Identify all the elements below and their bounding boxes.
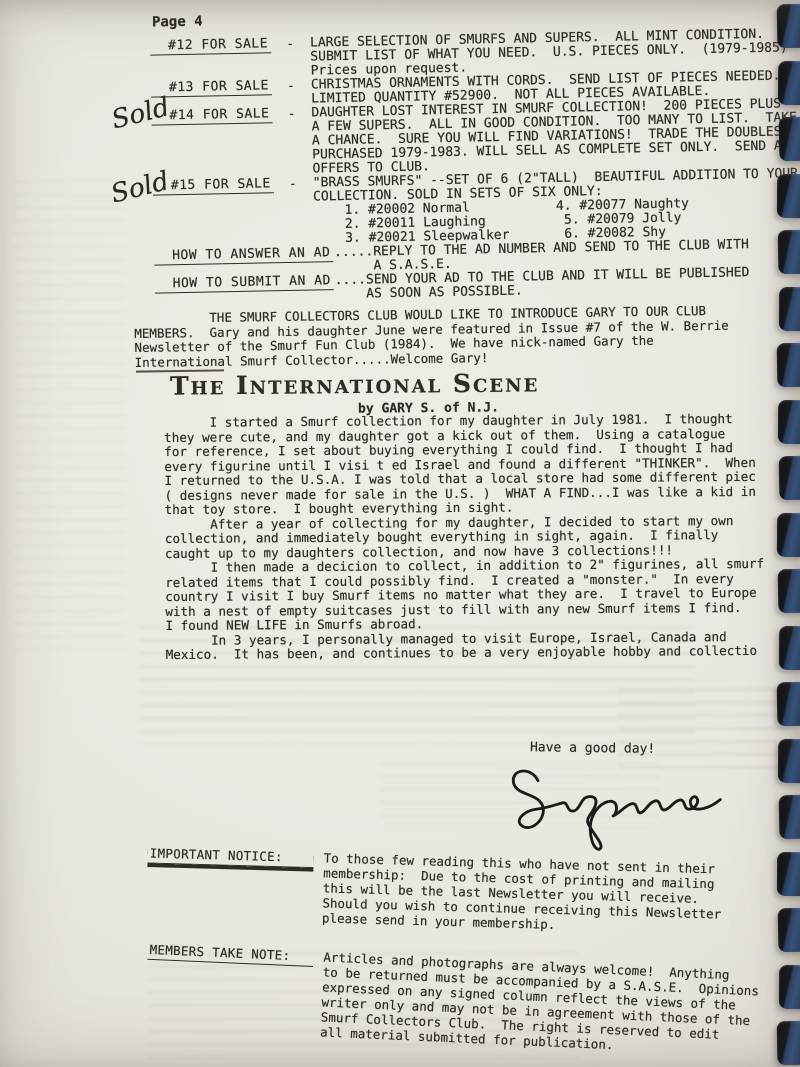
binding-tab — [777, 343, 800, 387]
article-paragraph: I started a Smurf collection for my daug… — [164, 412, 764, 518]
classified-ads-section: #12 FOR SALE - LARGE SELECTION OF SMURFS… — [130, 27, 800, 306]
notice-label: IMPORTANT NOTICE: — [147, 846, 313, 869]
signature-suzanne — [496, 751, 779, 856]
article-title: The International Scene — [170, 368, 539, 400]
howto-text: ....SEND YOUR AD TO THE CLUB AND IT WILL… — [335, 266, 750, 302]
notice-text: Articles and photographs are always welc… — [320, 949, 760, 1058]
closing-line: Have a good day! — [530, 740, 655, 757]
scanned-newsletter-page: Page 4 #12 FOR SALE - LARGE SELECTION OF… — [0, 0, 800, 1067]
page-number: Page 4 — [152, 14, 203, 31]
article-body: I started a Smurf collection for my daug… — [164, 412, 765, 663]
ad-label: #12 FOR SALE — [150, 37, 271, 55]
howto-label: HOW TO SUBMIT AN AD — [155, 274, 334, 293]
binding-tab — [778, 399, 800, 443]
notice-label: MEMBERS TAKE NOTE: — [147, 942, 314, 967]
sold-annotation: Sold — [109, 94, 172, 133]
article-paragraph: In 3 years, I personally managed to visi… — [166, 629, 765, 662]
club-intro-paragraph: THE SMURF COLLECTORS CLUB WOULD LIKE TO … — [134, 304, 729, 370]
ad-text: DAUGHTER LOST INTEREST IN SMURF COLLECTI… — [311, 97, 798, 176]
important-notice: IMPORTANT NOTICE: To those few reading t… — [128, 845, 723, 937]
members-take-note: MEMBERS TAKE NOTE: Articles and photogra… — [126, 941, 760, 1058]
ad-separator: - — [286, 38, 294, 52]
ad-separator: - — [289, 178, 297, 192]
sold-annotation: Sold — [109, 168, 172, 207]
binding-tab — [777, 1021, 800, 1065]
binding-tab — [777, 512, 800, 556]
ad-separator: - — [287, 80, 295, 94]
binding-tab — [778, 908, 800, 952]
binding-tab — [777, 682, 800, 726]
bleedthrough-smudge — [14, 180, 126, 650]
binding-tab — [779, 964, 800, 1008]
notice-text: To those few reading this who have not s… — [322, 850, 723, 936]
binding-tab — [778, 569, 800, 613]
howto-label: HOW TO ANSWER AN AD — [154, 246, 333, 265]
binding-tab — [778, 738, 800, 782]
binding-tab — [777, 851, 800, 895]
ad-separator: - — [288, 108, 296, 122]
ad-label: #13 FOR SALE — [151, 79, 272, 97]
ad-text: "BRASS SMURFS" --SET OF 6 (2"TALL) BEAUT… — [313, 167, 800, 246]
article-paragraph: I then made a decicion to collect, in ad… — [165, 557, 764, 634]
article-paragraph: After a year of collecting for my daught… — [165, 513, 764, 561]
binding-tab — [779, 456, 800, 500]
binding-tab — [779, 795, 800, 839]
binding-tab — [779, 625, 800, 669]
